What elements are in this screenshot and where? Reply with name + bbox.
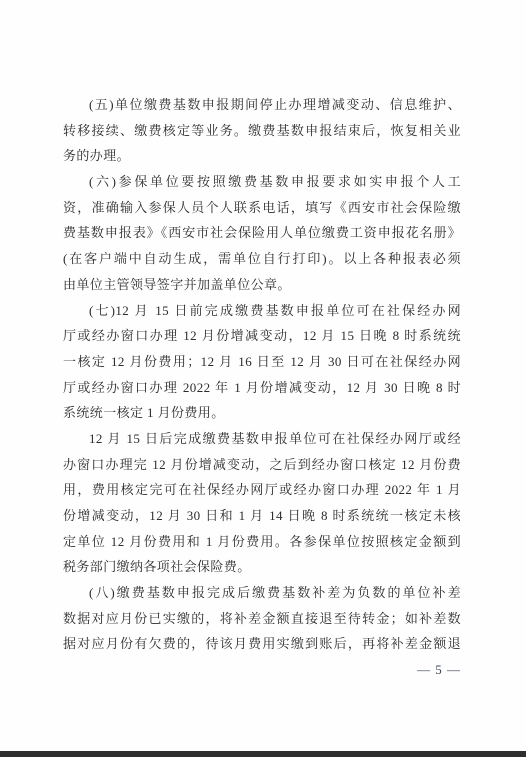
text-line: (八)缴费基数申报完成后缴费基数补差为负数的单位补差: [63, 580, 461, 606]
text-line: (六)参保单位要按照缴费基数申报要求如实申报个人工: [63, 169, 461, 195]
text-line: 12 月 15 日后完成缴费基数申报单位可在社保经办网厅或经: [63, 426, 461, 452]
text-line: 厅或经办窗口办理 12 月份增减变动，12 月 15 日晚 8 时系统统: [63, 323, 461, 349]
text-line: 据对应月份有欠费的，待该月费用实缴到账后，再将补差金额退: [63, 631, 461, 657]
text-line: 厅或经办窗口办理 2022 年 1 月份增减变动，12 月 30 日晚 8 时: [63, 375, 461, 401]
text-line: 务的办理。: [63, 143, 461, 169]
text-line: 定单位 12 月份费用和 1 月份费用。各参保单位按照核定金额到: [63, 529, 461, 555]
paragraph-item-7-continued: 12 月 15 日后完成缴费基数申报单位可在社保经办网厅或经办窗口办理完 12 …: [63, 426, 461, 580]
text-line: 办窗口办理完 12 月份增减变动，之后到经办窗口核定 12 月份费: [63, 452, 461, 478]
text-line: 用，费用核定完可在社保经办网厅或经办窗口办理 2022 年 1 月: [63, 477, 461, 503]
document-body: (五)单位缴费基数申报期间停止办理增减变动、信息维护、转移接续、缴费核定等业务。…: [63, 92, 461, 683]
text-line: 一核定 12 月份费用；12 月 16 日至 12 月 30 日可在社保经办网: [63, 349, 461, 375]
text-line: (在客户端中自动生成，需单位自行打印)。以上各种报表必须: [63, 246, 461, 272]
page-number: — 5 —: [63, 657, 461, 683]
text-line: 份增减变动，12 月 30 日和 1 月 14 日晚 8 时系统统一核定未核: [63, 503, 461, 529]
text-line: (七)12 月 15 日前完成缴费基数申报单位可在社保经办网: [63, 298, 461, 324]
text-line: (五)单位缴费基数申报期间停止办理增减变动、信息维护、: [63, 92, 461, 118]
text-line: 资，准确输入参保人员个人联系电话，填写《西安市社会保险缴: [63, 195, 461, 221]
scan-edge-bar: [0, 751, 526, 757]
paragraph-item-5: (五)单位缴费基数申报期间停止办理增减变动、信息维护、转移接续、缴费核定等业务。…: [63, 92, 461, 169]
text-line: 由单位主管领导签字并加盖单位公章。: [63, 272, 461, 298]
paragraph-item-8: (八)缴费基数申报完成后缴费基数补差为负数的单位补差数据对应月份已实缴的，将补差…: [63, 580, 461, 657]
paragraph-item-6: (六)参保单位要按照缴费基数申报要求如实申报个人工资，准确输入参保人员个人联系电…: [63, 169, 461, 297]
document-page: (五)单位缴费基数申报期间停止办理增减变动、信息维护、转移接续、缴费核定等业务。…: [0, 0, 526, 757]
text-line: 费基数申报表》《西安市社会保险用人单位缴费工资申报花名册》: [63, 220, 461, 246]
text-line: 数据对应月份已实缴的，将补差金额直接退至待转金；如补差数: [63, 606, 461, 632]
text-line: 转移接续、缴费核定等业务。缴费基数申报结束后，恢复相关业: [63, 118, 461, 144]
text-line: 系统统一核定 1 月份费用。: [63, 400, 461, 426]
text-line: 税务部门缴纳各项社会保险费。: [63, 554, 461, 580]
paragraph-item-7: (七)12 月 15 日前完成缴费基数申报单位可在社保经办网厅或经办窗口办理 1…: [63, 298, 461, 426]
